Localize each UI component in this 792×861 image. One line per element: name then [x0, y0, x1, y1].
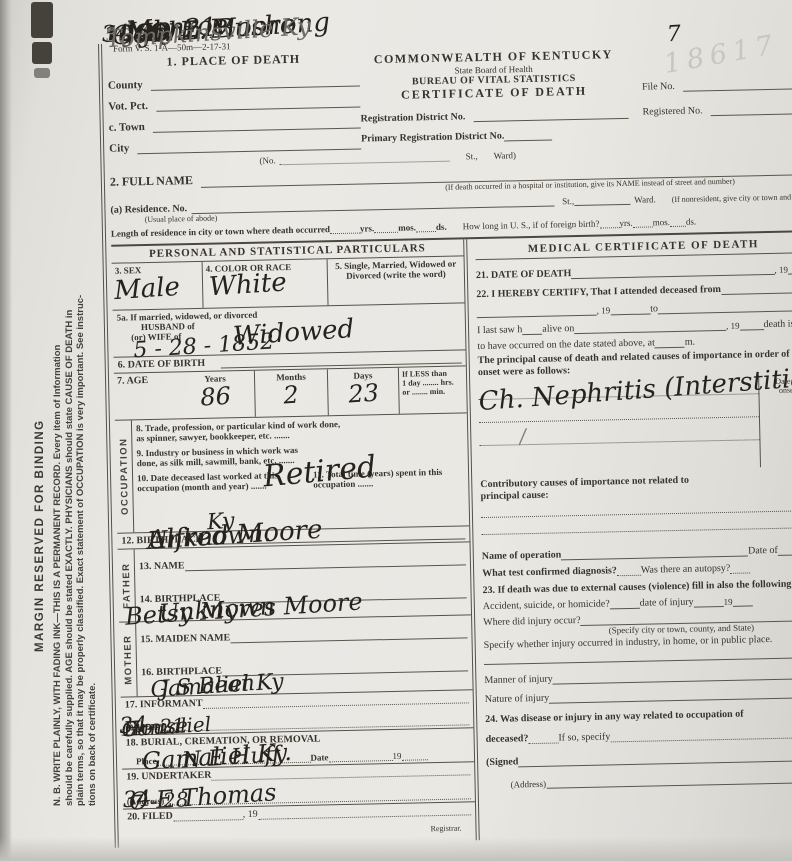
color-race-value: White [208, 272, 287, 298]
bp16-value: Unknown [158, 597, 275, 624]
death-said-label: death is said [763, 318, 792, 330]
deceased-row: deceased? If so, specify [486, 727, 792, 745]
from-19: , 19 [597, 305, 611, 315]
certificate-form: Form V. S. 1-A—50m—2-17-31 1. PLACE OF D… [98, 29, 792, 848]
registration-district-label: Registration District No. [361, 111, 466, 124]
margin-binding-text: MARGIN RESERVED FOR BINDING [34, 419, 46, 652]
registered-no-label: Registered No. [642, 105, 702, 117]
last-saw-row: I last saw h alive on , 19 death is said [477, 318, 792, 336]
full-name-label: 2. FULL NAME [110, 173, 193, 190]
burial-date-label: Date [310, 752, 328, 762]
test-label: What test confirmed diagnosis? [482, 565, 617, 579]
signed-label: (Signed [486, 756, 518, 768]
m-label: m. [685, 337, 696, 348]
occ8-label: 8. Trade, profession, or particular kind… [136, 419, 346, 443]
ward2-label: Ward. [634, 194, 656, 204]
signed-address-label: (Address) [510, 779, 546, 790]
burial-year19: 19 [392, 751, 401, 761]
certify-label: 22. I HEREBY CERTIFY, That I attended de… [476, 284, 721, 300]
nb-instructions: N. B. WRITE PLAINLY, WITH FADING INK—THI… [52, 36, 98, 806]
name13-label: 13. NAME [139, 560, 185, 572]
occupation-items: 8. Trade, profession, or particular kind… [132, 413, 469, 532]
length-label: Length of residence in city or town wher… [111, 224, 330, 239]
color-race-cell: 4. COLOR OR RACE White [203, 259, 329, 308]
st-label: St., [466, 151, 478, 161]
certify-row: 22. I HEREBY CERTIFY, That I attended de… [476, 282, 792, 300]
dob-value: 5 - 28 - 1852 [133, 333, 275, 360]
sex-color-marital-row: 3. SEX Male 4. COLOR OR RACE White 5. Si… [112, 256, 465, 310]
age-years-value: 86 [200, 387, 232, 408]
main-columns: PERSONAL AND STATISTICAL PARTICULARS 3. … [111, 230, 792, 848]
head-grid: 1. PLACE OF DEATH County Monroe Vot. Pct… [107, 41, 792, 155]
primary-district-label: Primary Registration District No. [361, 131, 504, 145]
q23-label: 23. If death was due to external causes … [482, 578, 792, 597]
nature-row: Nature of injury [485, 687, 792, 705]
last-saw-label: I last saw h [477, 324, 523, 336]
personal-particulars-column: PERSONAL AND STATISTICAL PARTICULARS 3. … [111, 239, 480, 847]
registered-no-value: 7 [666, 26, 681, 44]
alive-label: alive on [542, 323, 574, 335]
deceased-label: deceased? [486, 733, 529, 745]
test-row: What test confirmed diagnosis? Was there… [482, 561, 792, 579]
city-row: City [109, 138, 361, 155]
if-so-label: If so, specify [558, 731, 610, 743]
mother-vertical-label: MOTHER [122, 634, 134, 684]
st2-label: St., [562, 196, 574, 206]
medical-title: MEDICAL CERTIFICATE OF DEATH [475, 234, 792, 260]
file-no-label: File No. [642, 81, 675, 93]
occupation-value: Retired [262, 455, 377, 489]
row-age: 7. AGE Years 86 Months 2 Days 23 [114, 366, 467, 420]
q24-label: 24. Was disease or injury in any way rel… [485, 706, 792, 726]
contributory-label: Contributory causes of importance not re… [480, 474, 720, 503]
signed-row: (Signed Geo. E. Bushong , M. D. [486, 750, 792, 768]
nb-line: should be carefully supplied. AGE should… [64, 36, 76, 806]
age-months-value: 2 [283, 386, 299, 406]
alive-19: , 19 [726, 321, 740, 331]
maiden15-label: 15. MAIDEN NAME [140, 632, 230, 645]
yrs-label: yrs. [360, 223, 374, 233]
nb-line: N. B. WRITE PLAINLY, WITH FADING INK—THI… [52, 36, 64, 806]
less-than-day-cell: If LESS than 1 day ........ hrs. or ....… [399, 366, 467, 413]
mother-vertical-cell: MOTHER [119, 622, 138, 696]
binding-mark [32, 42, 52, 64]
tick-mark: / [519, 428, 527, 444]
bureau-header: COMMONWEALTH OF KENTUCKY State Board of … [359, 45, 629, 150]
dod-label: 21. DATE OF DEATH [476, 268, 572, 281]
burial-year-value: 34 [119, 717, 148, 736]
binding-mark [34, 68, 50, 78]
occurred-label: to have occurred on the date stated abov… [477, 337, 655, 352]
occupation-vertical-label: OCCUPATION [118, 438, 131, 516]
from-to-row: , 19 to [477, 300, 792, 318]
vot-pct-row: Vot. Pct. 20 [108, 96, 360, 113]
file-registered-block: 18617 File No. Registered No. 7 [627, 41, 792, 144]
city-label: City [109, 142, 129, 154]
nb-line: tions on back of certificate. [87, 36, 99, 806]
scanned-death-certificate: MARGIN RESERVED FOR BINDING N. B. WRITE … [0, 0, 792, 861]
accident-row: Accident, suicide, or homicide? date of … [483, 594, 792, 612]
registrar-signature: O E Thomas [128, 783, 277, 812]
mos-label2: mos. [653, 217, 670, 227]
operation-row: Name of operation Date of [482, 544, 792, 562]
place-of-death-title: 1. PLACE OF DEATH [107, 51, 359, 71]
yrs-label2: yrs. [619, 218, 632, 228]
to-label: to [650, 303, 658, 314]
bp14-value: Unknown. [147, 524, 272, 551]
marital-cell: 5. Single, Married, Widowed or Divorced … [328, 256, 465, 305]
date-of-label: Date of [748, 545, 778, 557]
age-label-cell: 7. AGE [114, 372, 177, 419]
sex-cell: 3. SEX Male [112, 262, 204, 310]
ds-label: ds. [436, 222, 447, 232]
paper-edge [0, 0, 12, 861]
injury-date-label: date of injury [640, 597, 694, 609]
filed-19: , 19 [243, 809, 258, 820]
scan-bottom-shadow [0, 837, 792, 861]
registered-no-row: Registered No. 7 [642, 103, 792, 117]
where-label: Where did injury occur? [483, 615, 581, 628]
how-long-label: How long in U. S., if of foreign birth? [463, 219, 600, 232]
county-label: County [108, 79, 143, 92]
mos-label: mos. [398, 222, 416, 232]
medical-certificate-column: MEDICAL CERTIFICATE OF DEATH 21. DATE OF… [467, 232, 792, 840]
place-of-death-block: 1. PLACE OF DEATH County Monroe Vot. Pct… [107, 51, 361, 155]
operation-label: Name of operation [482, 549, 562, 562]
signed-address-row: (Address) Tompkinsville Ky [486, 773, 792, 790]
town-row: c. Town [109, 117, 361, 134]
accident-label: Accident, suicide, or homicide? [483, 598, 610, 612]
age-years-cell: Years 86 [176, 371, 256, 419]
registration-district-row: Registration District No. 6-44 [361, 108, 629, 125]
autopsy-label: Was there an autopsy? [641, 563, 731, 576]
dod-row: 21. DATE OF DEATH July 21 , 19 34 [476, 263, 792, 281]
sex-value: Male [114, 277, 181, 302]
town-label: c. Town [109, 121, 145, 134]
dod-19: , 19 [774, 265, 788, 275]
cause-lines: Ch. Nephritis (Interstitial) / [478, 375, 760, 473]
ward-label: Ward) [494, 150, 516, 160]
nature-label: Nature of injury [485, 693, 550, 705]
manner-row: Manner of injury [484, 668, 792, 686]
informant-address-value: Gamaliel Ky [150, 673, 284, 699]
no-paren-label: (No. [259, 155, 275, 165]
injury-19: 19 [724, 597, 733, 607]
less-line3: or ........ min. [402, 386, 463, 396]
age-days-value: 23 [348, 384, 380, 405]
vot-pct-label: Vot. Pct. [108, 100, 148, 113]
file-no-row: File No. [642, 78, 792, 92]
county-row: County Monroe [108, 75, 360, 92]
manner-label: Manner of injury [484, 674, 553, 686]
binding-mark [31, 2, 53, 38]
age-days-cell: Days 23 [328, 368, 400, 415]
nb-line: plain terms, so that it may be properly … [75, 36, 87, 806]
cause-area: Ch. Nephritis (Interstitial) / Date of o… [478, 374, 792, 473]
primary-district-row: Primary Registration District No. 1066 [361, 128, 629, 145]
age-months-cell: Months 2 [255, 369, 329, 417]
age-label: 7. AGE [117, 375, 173, 387]
marital-label: 5. Single, Married, Widowed or Divorced … [331, 258, 461, 281]
ds-label2: ds. [686, 217, 696, 227]
